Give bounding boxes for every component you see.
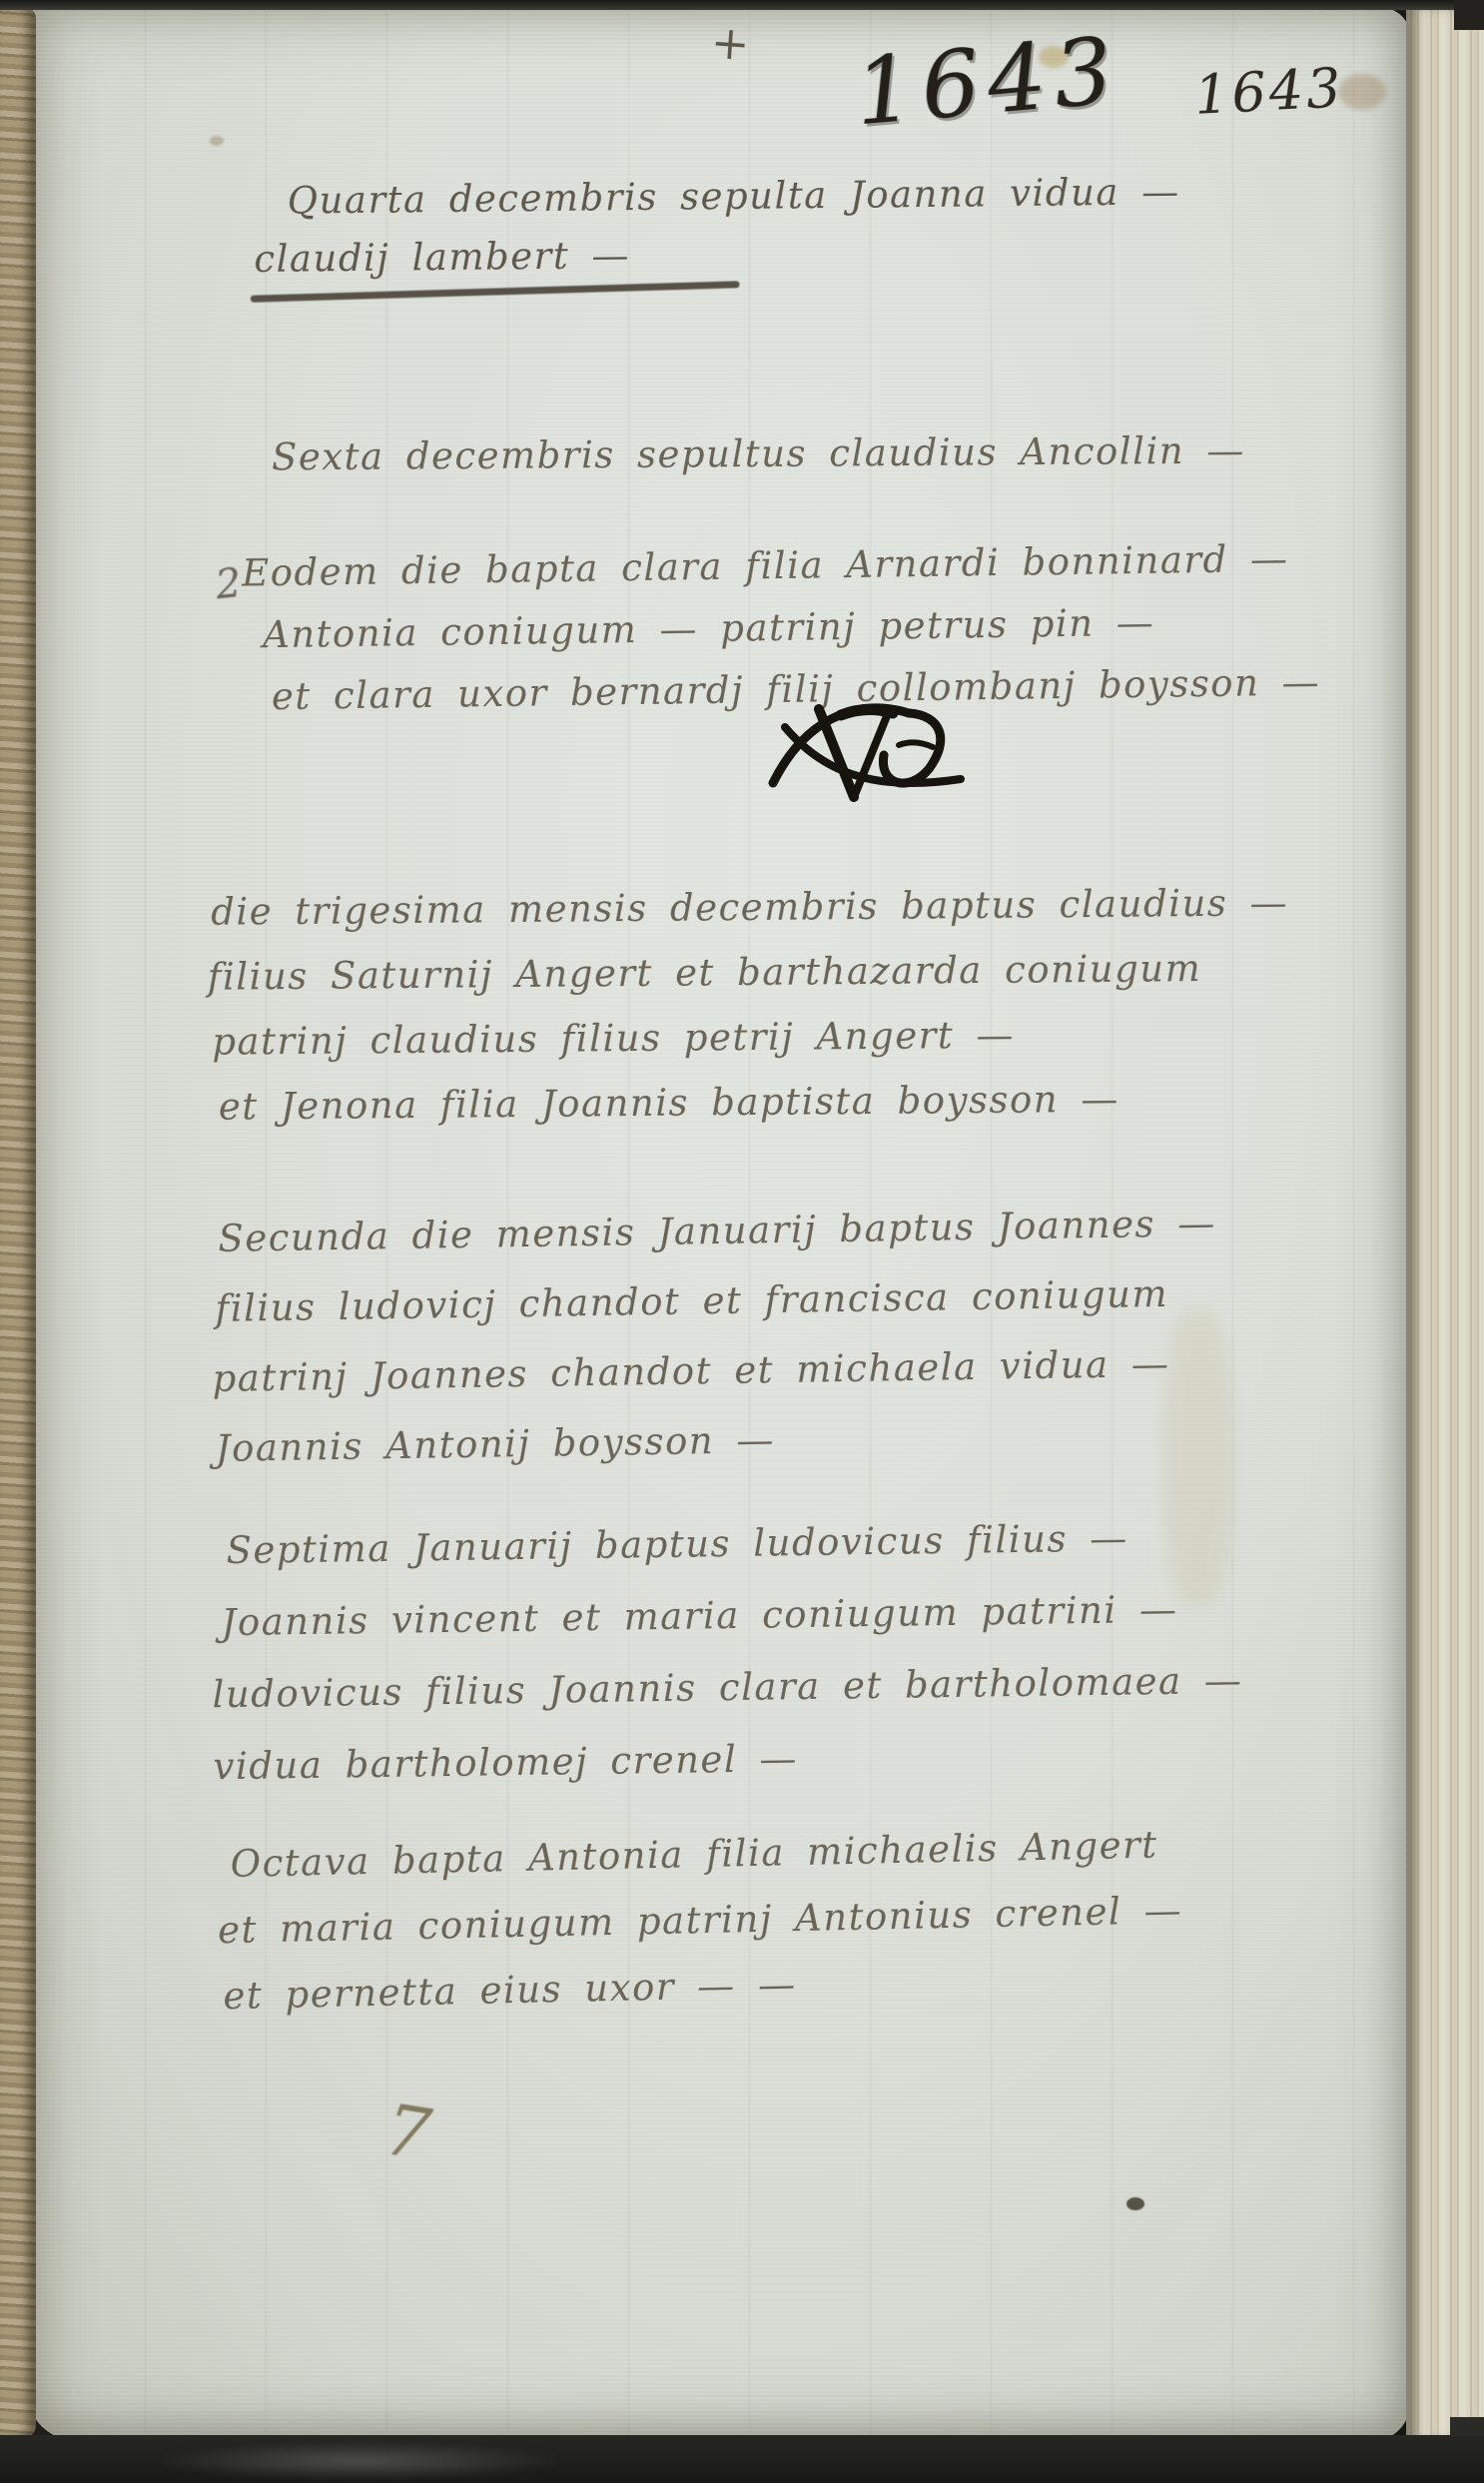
entry-line: Sexta decembris sepultus claudius Ancoll… <box>272 420 1245 489</box>
entry-line: die trigesima mensis decembris baptus cl… <box>211 870 1288 944</box>
entry-line: filius Saturnij Angert et barthazarda co… <box>207 935 1288 1009</box>
page-stack-edge <box>1406 6 1484 2443</box>
entry-line: vidua bartholomej crenel — <box>213 1717 1244 1803</box>
book-binding-edge <box>0 8 36 2439</box>
background-blur <box>150 2441 569 2481</box>
photo-bottom-edge <box>0 2435 1484 2483</box>
register-entry-burial-joanna: Quarta decembris sepulta Joanna vidua — … <box>287 163 1180 288</box>
register-entry-baptism-ludovicus: Septima Januarij baptus ludovicus filius… <box>226 1501 1244 1803</box>
ink-monogram-icon <box>757 685 977 809</box>
margin-mark: 2 <box>214 560 246 609</box>
photo-corner-top-right <box>1454 0 1484 30</box>
register-entry-baptism-joannes: Secunda die mensis Januarij baptus Joann… <box>218 1189 1220 1484</box>
entry-line: claudij lambert — <box>254 221 1181 289</box>
register-entry-baptism-antonia: Octava bapta Antonia filia michaelis Ang… <box>230 1812 1184 2030</box>
photo-top-edge <box>0 0 1484 10</box>
manuscript-photo: + 1643 1643 Quarta decembris sepulta Joa… <box>0 0 1484 2483</box>
entry-line: Quarta decembris sepulta Joanna vidua — <box>287 163 1180 230</box>
cross-mark: + <box>709 15 753 72</box>
year-heading-small: 1643 <box>1192 56 1345 127</box>
entry-line: ludovicus filius Joannis clara et bartho… <box>212 1645 1243 1731</box>
register-entry-burial-claudius: Sexta decembris sepultus claudius Ancoll… <box>272 420 1245 489</box>
entry-line: patrinj claudius filius petrij Angert — <box>212 1000 1289 1074</box>
entry-line: et Jenona filia Joannis baptista boysson… <box>219 1065 1290 1139</box>
register-entry-baptism-claudius: die trigesima mensis decembris baptus cl… <box>211 870 1290 1139</box>
